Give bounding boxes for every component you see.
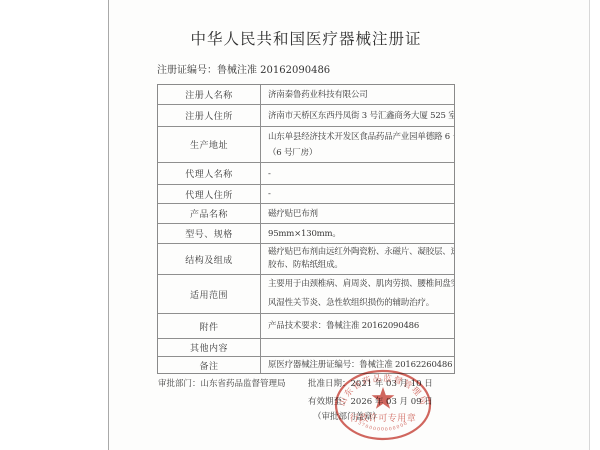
- row-value: -: [261, 185, 454, 203]
- table-row-agent-address: 代理人住所 -: [158, 184, 454, 203]
- certificate-number-label: 注册证编号：: [157, 65, 217, 76]
- row-label: 代理人住所: [158, 185, 261, 203]
- row-value: 山东单县经济技术开发区食品药品产业园单德路 6 号 （6 号厂房）: [261, 127, 454, 162]
- table-row-agent-name: 代理人名称 -: [158, 162, 454, 184]
- table-row-attachment: 附件 产品技术要求：鲁械注准 20162090486: [158, 313, 454, 338]
- row-value: 产品技术要求：鲁械注准 20162090486: [261, 314, 454, 338]
- row-label: 适用范围: [158, 275, 261, 313]
- approval-department: 审批部门：山东省药品监督管理局: [158, 377, 286, 389]
- table-row-registrant-name: 注册人名称 济南秦鲁药业科技有限公司: [158, 85, 454, 104]
- certificate-number-line: 注册证编号：鲁械注准 20162090486: [157, 61, 330, 76]
- row-value: -: [261, 163, 454, 184]
- row-label: 生产地址: [158, 127, 261, 162]
- row-label: 备注: [158, 357, 261, 373]
- row-value: 95mm×130mm。: [261, 224, 454, 243]
- row-label: 注册人名称: [158, 85, 261, 104]
- page-right-edge: [589, 0, 590, 450]
- certificate-title: 中华人民共和国医疗器械注册证: [12, 27, 600, 49]
- row-label: 附件: [158, 314, 261, 338]
- row-value: 济南市天桥区东西丹凤街 3 号汇鑫商务大厦 525 室: [261, 105, 454, 126]
- row-value: 济南秦鲁药业科技有限公司: [261, 85, 454, 104]
- row-label: 结构及组成: [158, 244, 261, 274]
- row-value: [261, 339, 454, 356]
- page-left-edge: [108, 0, 109, 450]
- table-row-other-content: 其他内容: [158, 338, 454, 356]
- row-label: 代理人名称: [158, 163, 261, 184]
- row-value: 主要用于由颈椎病、肩周炎、肌肉劳损、腰椎间盘突出、 风湿性关节炎、急性软组织损伤…: [261, 275, 454, 313]
- table-row-product-name: 产品名称 磁疗贴巴布剂: [158, 203, 454, 223]
- table-row-scope: 适用范围 主要用于由颈椎病、肩周炎、肌肉劳损、腰椎间盘突出、 风湿性关节炎、急性…: [158, 274, 454, 313]
- table-row-production-address: 生产地址 山东单县经济技术开发区食品药品产业园单德路 6 号 （6 号厂房）: [158, 126, 454, 162]
- certificate-scan: 中华人民共和国医疗器械注册证 注册证编号：鲁械注准 20162090486 注册…: [0, 0, 600, 450]
- table-row-model-spec: 型号、规格 95mm×130mm。: [158, 223, 454, 243]
- certificate-number-value: 鲁械注准 20162090486: [217, 65, 330, 76]
- row-label: 型号、规格: [158, 224, 261, 243]
- official-stamp: 山东省药品监督管理局 行政许可专用章 3700000000000: [329, 361, 439, 449]
- certificate-table: 注册人名称 济南秦鲁药业科技有限公司 注册人住所 济南市天桥区东西丹凤街 3 号…: [157, 84, 455, 374]
- row-value: 磁疗贴巴布剂由远红外陶瓷粉、永磁片、凝胶层、透气 胶布、防粘纸组成。: [261, 244, 454, 274]
- row-value: 磁疗贴巴布剂: [261, 204, 454, 223]
- red-star-icon: [372, 387, 395, 409]
- table-row-structure: 结构及组成 磁疗贴巴布剂由远红外陶瓷粉、永磁片、凝胶层、透气 胶布、防粘纸组成。: [158, 243, 454, 274]
- row-label: 产品名称: [158, 204, 261, 223]
- row-label: 注册人住所: [158, 105, 261, 126]
- table-row-registrant-address: 注册人住所 济南市天桥区东西丹凤街 3 号汇鑫商务大厦 525 室: [158, 104, 454, 126]
- row-label: 其他内容: [158, 339, 261, 356]
